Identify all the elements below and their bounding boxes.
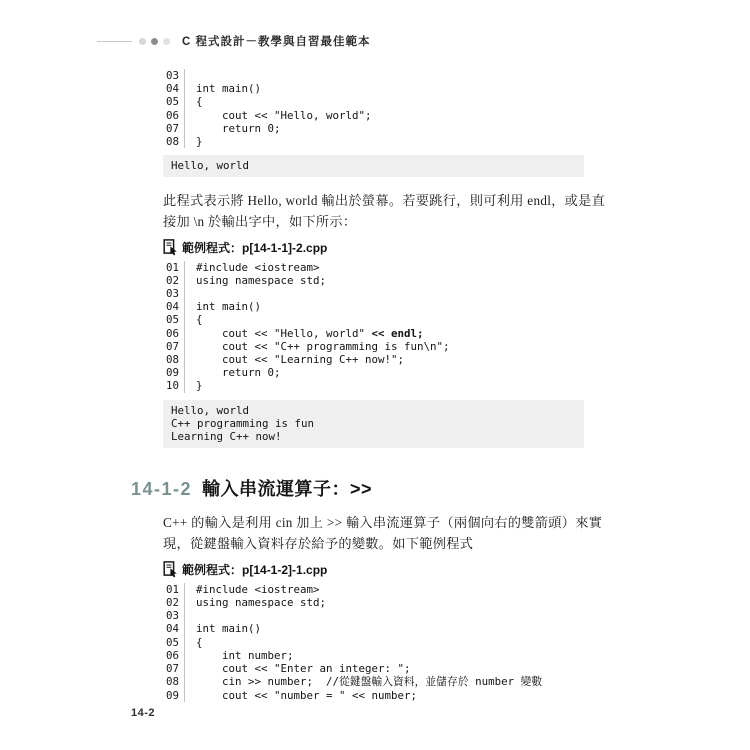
program-output-1: Hello, world: [163, 155, 584, 176]
code-text: return 0;: [185, 366, 281, 379]
example-program-icon: [163, 561, 177, 578]
code-text: cout << "Enter an integer: ";: [185, 662, 411, 675]
code-text: }: [185, 379, 203, 392]
example-caption-label: 範例程式：: [182, 561, 242, 578]
line-number: 07: [163, 340, 185, 353]
line-number: 05: [163, 95, 185, 108]
code-text: cout << "C++ programming is fun\n";: [185, 340, 450, 353]
code-text: int number;: [185, 649, 294, 662]
code-line: 05{: [163, 95, 584, 108]
code-text: int main(): [185, 622, 261, 635]
code-text: int main(): [185, 82, 261, 95]
code-text: cout << "number = " << number;: [185, 689, 417, 702]
code-line: 05{: [163, 636, 584, 649]
example-caption-2: 範例程式： p[14-1-2]-1.cpp: [163, 560, 584, 580]
output-line: Hello, world: [171, 159, 576, 172]
header-dot-1: [139, 38, 146, 45]
code-line: 02using namespace std;: [163, 274, 584, 287]
code-line: 10}: [163, 379, 584, 392]
line-number: 01: [163, 583, 185, 596]
line-number: 10: [163, 379, 185, 392]
code-line: 08}: [163, 135, 584, 148]
code-line: 07 cout << "Enter an integer: ";: [163, 662, 584, 675]
line-number: 04: [163, 622, 185, 635]
line-number: 08: [163, 135, 185, 148]
code-text: cout << "Hello, world" << endl;: [185, 327, 424, 340]
paragraph-line: 現，從鍵盤輸入資料存於給予的變數。如下範例程式: [163, 533, 584, 554]
example-caption-1: 範例程式： p[14-1-1]-2.cpp: [163, 238, 584, 258]
line-number: 02: [163, 274, 185, 287]
code-line: 08 cin >> number; //從鍵盤輸入資料，並儲存於 number …: [163, 675, 584, 688]
line-number: 06: [163, 109, 185, 122]
line-number: 07: [163, 662, 185, 675]
header-rule: [97, 41, 132, 42]
code-line: 09 cout << "number = " << number;: [163, 689, 584, 702]
line-number: 08: [163, 675, 185, 688]
code-text: [185, 609, 203, 622]
line-number: 05: [163, 313, 185, 326]
code-line: 04int main(): [163, 82, 584, 95]
line-number: 06: [163, 327, 185, 340]
example-program-icon: [163, 239, 177, 256]
code-line: 03: [163, 69, 584, 82]
line-number: 02: [163, 596, 185, 609]
book-page: C 程式設計－教學與自習最佳範本 03 04int main()05{06 co…: [0, 0, 750, 750]
code-line: 02using namespace std;: [163, 596, 584, 609]
paragraph-line: C++ 的輸入是利用 cin 加上 >> 輸入串流運算子（兩個向右的雙箭頭）來實: [163, 512, 584, 533]
paragraph-line: 此程式表示將 Hello, world 輸出於螢幕。若要跳行，則可利用 endl…: [163, 190, 584, 211]
code-line: 07 cout << "C++ programming is fun\n";: [163, 340, 584, 353]
code-line: 03: [163, 609, 584, 622]
code-line: 03: [163, 287, 584, 300]
page-header: C 程式設計－教學與自習最佳範本: [97, 35, 371, 47]
line-number: 05: [163, 636, 185, 649]
line-number: 09: [163, 366, 185, 379]
code-text: {: [185, 313, 203, 326]
code-line: 04int main(): [163, 622, 584, 635]
line-number: 01: [163, 261, 185, 274]
code-line: 09 return 0;: [163, 366, 584, 379]
program-output-2: Hello, world C++ programming is fun Lear…: [163, 400, 584, 448]
code-line: 05{: [163, 313, 584, 326]
line-number: 07: [163, 122, 185, 135]
output-line: Learning C++ now!: [171, 430, 576, 443]
output-line: C++ programming is fun: [171, 417, 576, 430]
code-text: #include <iostream>: [185, 261, 320, 274]
output-line: Hello, world: [171, 404, 576, 417]
page-number: 14-2: [131, 707, 155, 719]
code-text: #include <iostream>: [185, 583, 320, 596]
line-number: 06: [163, 649, 185, 662]
page-footer: 14-2: [131, 703, 155, 721]
code-line: 01#include <iostream>: [163, 261, 584, 274]
paragraph-2: C++ 的輸入是利用 cin 加上 >> 輸入串流運算子（兩個向右的雙箭頭）來實…: [163, 512, 584, 554]
section-number: 14-1-2: [131, 479, 192, 499]
example-caption-filename: p[14-1-1]-2.cpp: [242, 241, 327, 255]
code-line: 08 cout << "Learning C++ now!";: [163, 353, 584, 366]
line-number: 09: [163, 689, 185, 702]
line-number: 08: [163, 353, 185, 366]
header-dot-3: [163, 38, 170, 45]
code-text: [185, 69, 203, 82]
code-block-2: 01#include <iostream>02using namespace s…: [163, 261, 584, 393]
book-title: C 程式設計－教學與自習最佳範本: [182, 33, 371, 49]
code-line: 06 int number;: [163, 649, 584, 662]
paragraph-line: 接加 \n 於輸出字中，如下所示：: [163, 211, 584, 232]
line-number: 04: [163, 300, 185, 313]
code-text: {: [185, 636, 203, 649]
paragraph-1: 此程式表示將 Hello, world 輸出於螢幕。若要跳行，則可利用 endl…: [163, 190, 584, 232]
code-text: cout << "Learning C++ now!";: [185, 353, 404, 366]
section-heading: 14-1-2輸入串流運算子：>>: [131, 475, 584, 501]
line-number: 03: [163, 287, 185, 300]
code-line: 01#include <iostream>: [163, 583, 584, 596]
code-text: }: [185, 135, 203, 148]
header-dot-2: [151, 38, 158, 45]
code-text: {: [185, 95, 203, 108]
code-text: cout << "Hello, world";: [185, 109, 372, 122]
line-number: 04: [163, 82, 185, 95]
code-line: 07 return 0;: [163, 122, 584, 135]
code-line: 04int main(): [163, 300, 584, 313]
code-block-1: 03 04int main()05{06 cout << "Hello, wor…: [163, 69, 584, 148]
code-text: cin >> number; //從鍵盤輸入資料，並儲存於 number 變數: [185, 675, 542, 688]
line-number: 03: [163, 609, 185, 622]
page-content: 03 04int main()05{06 cout << "Hello, wor…: [163, 69, 584, 702]
code-text: return 0;: [185, 122, 281, 135]
section-title: 輸入串流運算子：>>: [202, 479, 372, 499]
code-text: int main(): [185, 300, 261, 313]
code-text: using namespace std;: [185, 274, 326, 287]
code-block-3: 01#include <iostream>02using namespace s…: [163, 583, 584, 702]
example-caption-filename: p[14-1-2]-1.cpp: [242, 563, 327, 577]
line-number: 03: [163, 69, 185, 82]
code-text: [185, 287, 203, 300]
code-line: 06 cout << "Hello, world";: [163, 109, 584, 122]
example-caption-label: 範例程式：: [182, 239, 242, 256]
code-line: 06 cout << "Hello, world" << endl;: [163, 327, 584, 340]
code-text: using namespace std;: [185, 596, 326, 609]
